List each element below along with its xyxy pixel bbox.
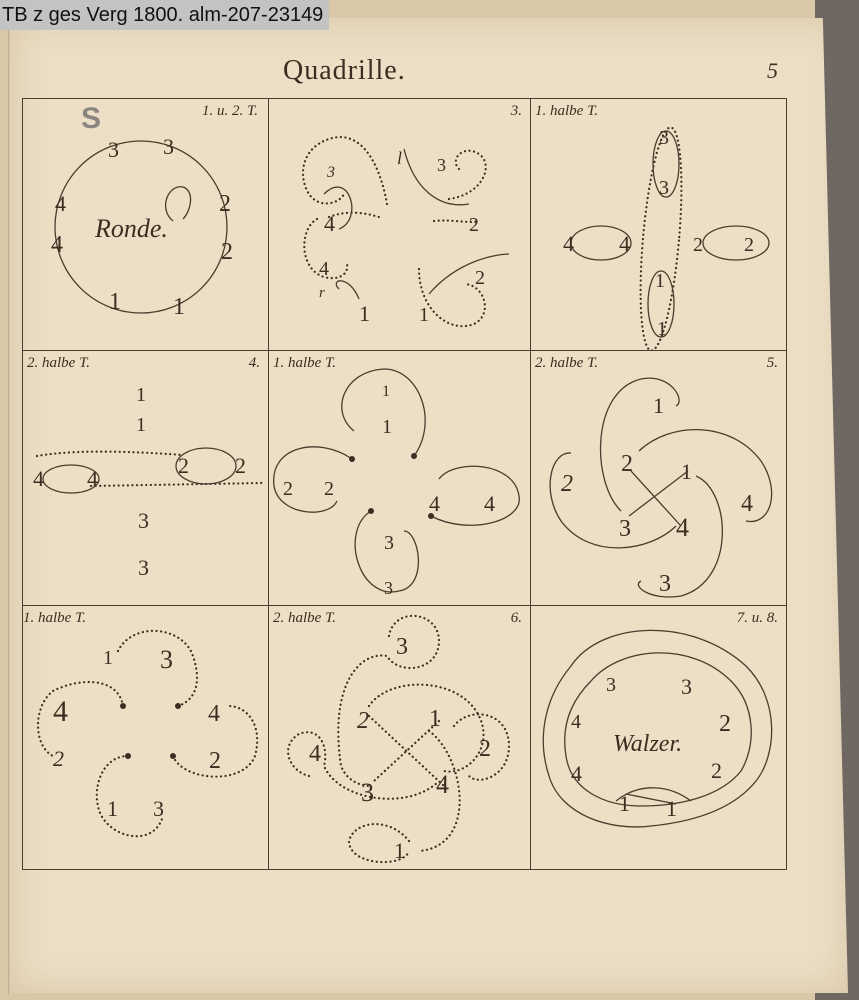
- position-1: 1: [109, 289, 121, 315]
- figure-5-diagram: 1 2 1 2 4 3 4 3: [531, 351, 786, 606]
- figure-grid: 1. u. 2. T. 3 3 2 2 1 1 4 4 Ronde. 3.: [22, 98, 787, 870]
- right-mark: r: [319, 285, 325, 301]
- figure-3-diagram: 3 3 2 2 1 1 4 4 r l: [269, 99, 531, 351]
- position-1: 1: [136, 414, 146, 436]
- position-3: 3: [326, 164, 335, 181]
- position-3: 3: [138, 508, 149, 533]
- position-4: 4: [309, 741, 321, 767]
- position-3: 3: [619, 516, 631, 542]
- position-4: 4: [53, 695, 68, 728]
- position-2: 2: [561, 471, 573, 497]
- position-3: 3: [437, 155, 446, 175]
- figure-1-halbe-tour: 1. halbe T. 3 3 4 4 2 2 1 1: [531, 99, 786, 351]
- position-3: 3: [384, 578, 393, 598]
- figure-4-first-half: 1. halbe T. 1 1 2 2 4 4 3 3: [269, 351, 531, 606]
- position-3: 3: [659, 127, 669, 149]
- walzer-diagram: 3 3 2 2 1 1 4 4 Walzer.: [531, 606, 786, 869]
- position-2: 2: [744, 234, 754, 256]
- position-4: 4: [87, 466, 98, 491]
- position-2: 2: [693, 234, 703, 256]
- position-3: 3: [160, 645, 173, 674]
- figure-4-diagram: 1 1 4 4 2 2 3 3: [23, 351, 269, 606]
- figure-4-first-half-diagram: 1 1 2 2 4 4 3 3: [269, 351, 531, 606]
- position-2: 2: [719, 711, 731, 737]
- position-1: 1: [382, 416, 392, 438]
- center-text: Ronde.: [94, 214, 168, 243]
- position-2: 2: [235, 453, 246, 478]
- position-1: 1: [382, 383, 390, 400]
- figure-ronde: 1. u. 2. T. 3 3 2 2 1 1 4 4 Ronde.: [23, 99, 269, 351]
- position-2: 2: [711, 758, 722, 783]
- position-4: 4: [571, 711, 581, 733]
- position-1: 1: [619, 791, 630, 816]
- position-4: 4: [571, 761, 582, 786]
- page-number: 5: [767, 58, 778, 84]
- position-3: 3: [606, 674, 616, 696]
- figure-6: 2. halbe T. 6. 3 2 1 4 2 3 4 1: [269, 606, 531, 869]
- position-1: 1: [107, 796, 118, 821]
- position-2: 2: [53, 746, 64, 771]
- marker-label: S: [81, 102, 101, 136]
- position-2: 2: [479, 736, 491, 762]
- position-4: 4: [429, 491, 440, 516]
- position-1: 1: [429, 706, 441, 732]
- figure-6-first-half: 1. halbe T. 1 3 4 4 2 2 1 3: [23, 606, 269, 869]
- ronde-diagram: 3 3 2 2 1 1 4 4 Ronde.: [23, 99, 269, 351]
- position-4: 4: [324, 211, 335, 236]
- position-3: 3: [153, 796, 164, 821]
- figure-walzer: 7. u. 8. 3 3 2 2 1 1 4 4 Walzer.: [531, 606, 786, 869]
- position-1: 1: [655, 270, 665, 292]
- position-1: 1: [657, 318, 667, 340]
- figure-3: 3. 3 3 2 2 1 1 4 4 r l: [269, 99, 531, 351]
- page-title: Quadrille.: [283, 55, 406, 87]
- figure-1-halbe-diagram: 3 3 4 4 2 2 1 1: [531, 99, 786, 351]
- position-3: 3: [163, 134, 174, 159]
- position-4: 4: [208, 701, 220, 727]
- position-4: 4: [484, 491, 495, 516]
- position-2: 2: [324, 478, 334, 500]
- position-2: 2: [221, 239, 233, 265]
- position-4: 4: [436, 770, 449, 799]
- left-mark: l: [397, 148, 402, 168]
- position-4: 4: [319, 258, 329, 280]
- position-1: 1: [653, 393, 664, 418]
- position-2: 2: [357, 708, 369, 734]
- position-2: 2: [283, 478, 293, 500]
- position-3: 3: [681, 674, 692, 699]
- position-3: 3: [138, 555, 149, 580]
- image-caption: TB z ges Verg 1800. alm-207-23149: [0, 0, 329, 30]
- position-2: 2: [621, 451, 633, 477]
- position-1: 1: [136, 384, 146, 406]
- position-3: 3: [384, 532, 394, 554]
- position-1: 1: [666, 796, 677, 821]
- position-1: 1: [394, 838, 405, 863]
- figure-6-first-half-diagram: 1 3 4 4 2 2 1 3: [23, 606, 269, 869]
- figure-6-diagram: 3 2 1 4 2 3 4 1: [269, 606, 531, 869]
- position-4: 4: [676, 513, 689, 542]
- position-4: 4: [33, 466, 44, 491]
- page-edge: [8, 10, 9, 995]
- position-3: 3: [659, 177, 669, 199]
- position-3: 3: [659, 571, 671, 597]
- position-1: 1: [419, 304, 429, 326]
- figure-4: 2. halbe T. 4. 1 1 4 4 2 2 3 3: [23, 351, 269, 606]
- position-3: 3: [396, 634, 408, 660]
- position-4: 4: [741, 491, 753, 517]
- position-4: 4: [619, 231, 630, 256]
- position-1: 1: [173, 294, 185, 320]
- position-2: 2: [209, 748, 221, 774]
- position-3: 3: [108, 137, 119, 162]
- position-1: 1: [359, 301, 370, 326]
- position-1: 1: [681, 459, 692, 484]
- position-4: 4: [51, 232, 63, 258]
- position-4: 4: [55, 191, 66, 216]
- position-2: 2: [178, 453, 189, 478]
- center-text: Walzer.: [613, 731, 682, 757]
- position-2: 2: [475, 267, 485, 289]
- position-2: 2: [469, 214, 479, 236]
- position-3: 3: [361, 778, 374, 807]
- figure-5: 2. halbe T. 5. 1 2 1 2 4 3 4 3: [531, 351, 786, 606]
- position-2: 2: [219, 191, 231, 217]
- position-1: 1: [103, 647, 113, 669]
- position-4: 4: [563, 231, 574, 256]
